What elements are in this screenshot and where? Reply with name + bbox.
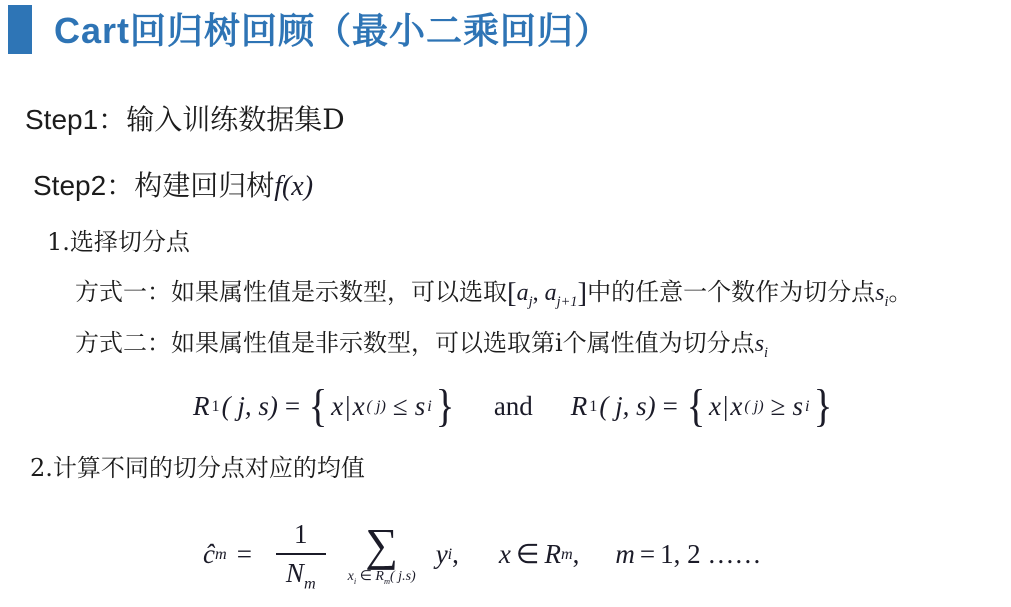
summation-limit: xi ∈ Rm( j.s) — [348, 568, 416, 585]
method1-text-middle: 中的任意一个数作为切分点 — [587, 278, 875, 306]
c-hat: ĉ — [203, 539, 215, 570]
r1-right-rel: ≥ — [771, 391, 786, 422]
m-eq: = — [640, 539, 655, 570]
step1-text: 输入训练数据集D — [126, 103, 344, 136]
step2-math-fx: f(x) — [274, 171, 313, 202]
sigma-symbol: ∑ — [365, 523, 398, 567]
fraction-N-sub: m — [304, 574, 316, 592]
r1-right-x: x — [709, 391, 721, 422]
step1-line: Step1：输入训练数据集D — [25, 98, 345, 138]
fraction-numerator: 1 — [280, 519, 322, 553]
method1-text-after: 。 — [888, 278, 912, 306]
step2-label: Step2： — [33, 170, 134, 201]
r1-left-args: ( j, s) — [222, 391, 278, 422]
mean-formula-row: ĉm = 1 Nm ∑ xi ∈ Rm( j.s) yi, x ∈ Rm, m … — [203, 510, 761, 598]
left-brace-close: } — [435, 383, 454, 429]
mean-eq: = — [237, 539, 252, 570]
r1-left-rel: ≤ — [393, 391, 408, 422]
r1-left-bar: | — [345, 391, 350, 422]
fraction-denominator: Nm — [276, 553, 326, 589]
region-formula-row: R1( j, s) = { x | x( j) ≤ si } and R1( j… — [193, 378, 834, 434]
section2-heading: 2.计算不同的切分点对应的均值 — [30, 448, 365, 483]
fraction-1-over-Nm: 1 Nm — [276, 519, 326, 589]
in-symbol: ∈ — [516, 539, 540, 570]
limit-args: ( j.s) — [390, 569, 416, 584]
r1-left-eq: = — [285, 391, 300, 422]
section1-heading: 1.选择切分点 — [47, 222, 190, 257]
limit-R: R — [375, 569, 384, 584]
interval-bracket-open: [ — [507, 277, 517, 309]
title-bullet-square — [8, 5, 32, 54]
m-values: 1, 2 …… — [660, 539, 761, 570]
interval-bracket-close: ] — [578, 277, 588, 309]
method2-s: s — [755, 331, 764, 357]
right-brace-close: } — [813, 383, 832, 429]
region-formula-right: R1( j, s) = { x | x( j) ≥ si } — [571, 383, 834, 429]
x-member: x — [499, 539, 511, 570]
r1-left-R: R — [193, 391, 210, 422]
interval-a2: a — [545, 280, 557, 306]
summation: ∑ xi ∈ Rm( j.s) — [348, 523, 416, 586]
r1-left-x: x — [331, 391, 343, 422]
right-brace-open: { — [687, 383, 706, 429]
r1-right-R: R — [571, 391, 588, 422]
r1-left-s: s — [415, 391, 426, 422]
mean-comma2: , — [573, 539, 580, 570]
slide-title: Cart回归树回顾（最小二乘回归） — [54, 6, 611, 56]
method1-line: 方式一：如果属性值是示数型，可以选取[aj, aj+1]中的任意一个数作为切分点… — [75, 272, 912, 310]
Rm-set: R — [544, 539, 561, 570]
y-var: y — [436, 539, 448, 570]
r1-right-s: s — [793, 391, 804, 422]
interval-a1: a — [517, 280, 529, 306]
step2-text: 构建回归树 — [134, 169, 274, 202]
step2-line: Step2：构建回归树f(x) — [33, 164, 313, 204]
r1-right-eq: = — [663, 391, 678, 422]
slide: Cart回归树回顾（最小二乘回归） Step1：输入训练数据集D Step2：构… — [0, 0, 1011, 607]
r1-right-bar: | — [723, 391, 728, 422]
method2-s-sub: i — [764, 345, 768, 361]
limit-in: ∈ — [360, 569, 372, 584]
r1-left-x2: x — [353, 391, 365, 422]
fraction-N: N — [286, 558, 304, 588]
interval-comma: , — [533, 280, 545, 306]
m-var: m — [615, 539, 635, 570]
left-brace-open: { — [309, 383, 328, 429]
method1-text-before: 方式一：如果属性值是示数型，可以选取 — [75, 278, 507, 306]
interval-a2-sub: j+1 — [557, 294, 578, 310]
limit-x-sub: i — [354, 577, 356, 586]
and-word: and — [494, 391, 533, 422]
method2-line: 方式二：如果属性值是非示数型，可以选取第i个属性值为切分点si — [75, 323, 768, 358]
mean-comma1: , — [452, 539, 459, 570]
step1-label: Step1： — [25, 104, 126, 135]
region-formula-left: R1( j, s) = { x | x( j) ≤ si } — [193, 383, 456, 429]
r1-right-args: ( j, s) — [599, 391, 655, 422]
method2-text-before: 方式二：如果属性值是非示数型，可以选取第i个属性值为切分点 — [75, 329, 755, 357]
r1-right-x2: x — [730, 391, 742, 422]
